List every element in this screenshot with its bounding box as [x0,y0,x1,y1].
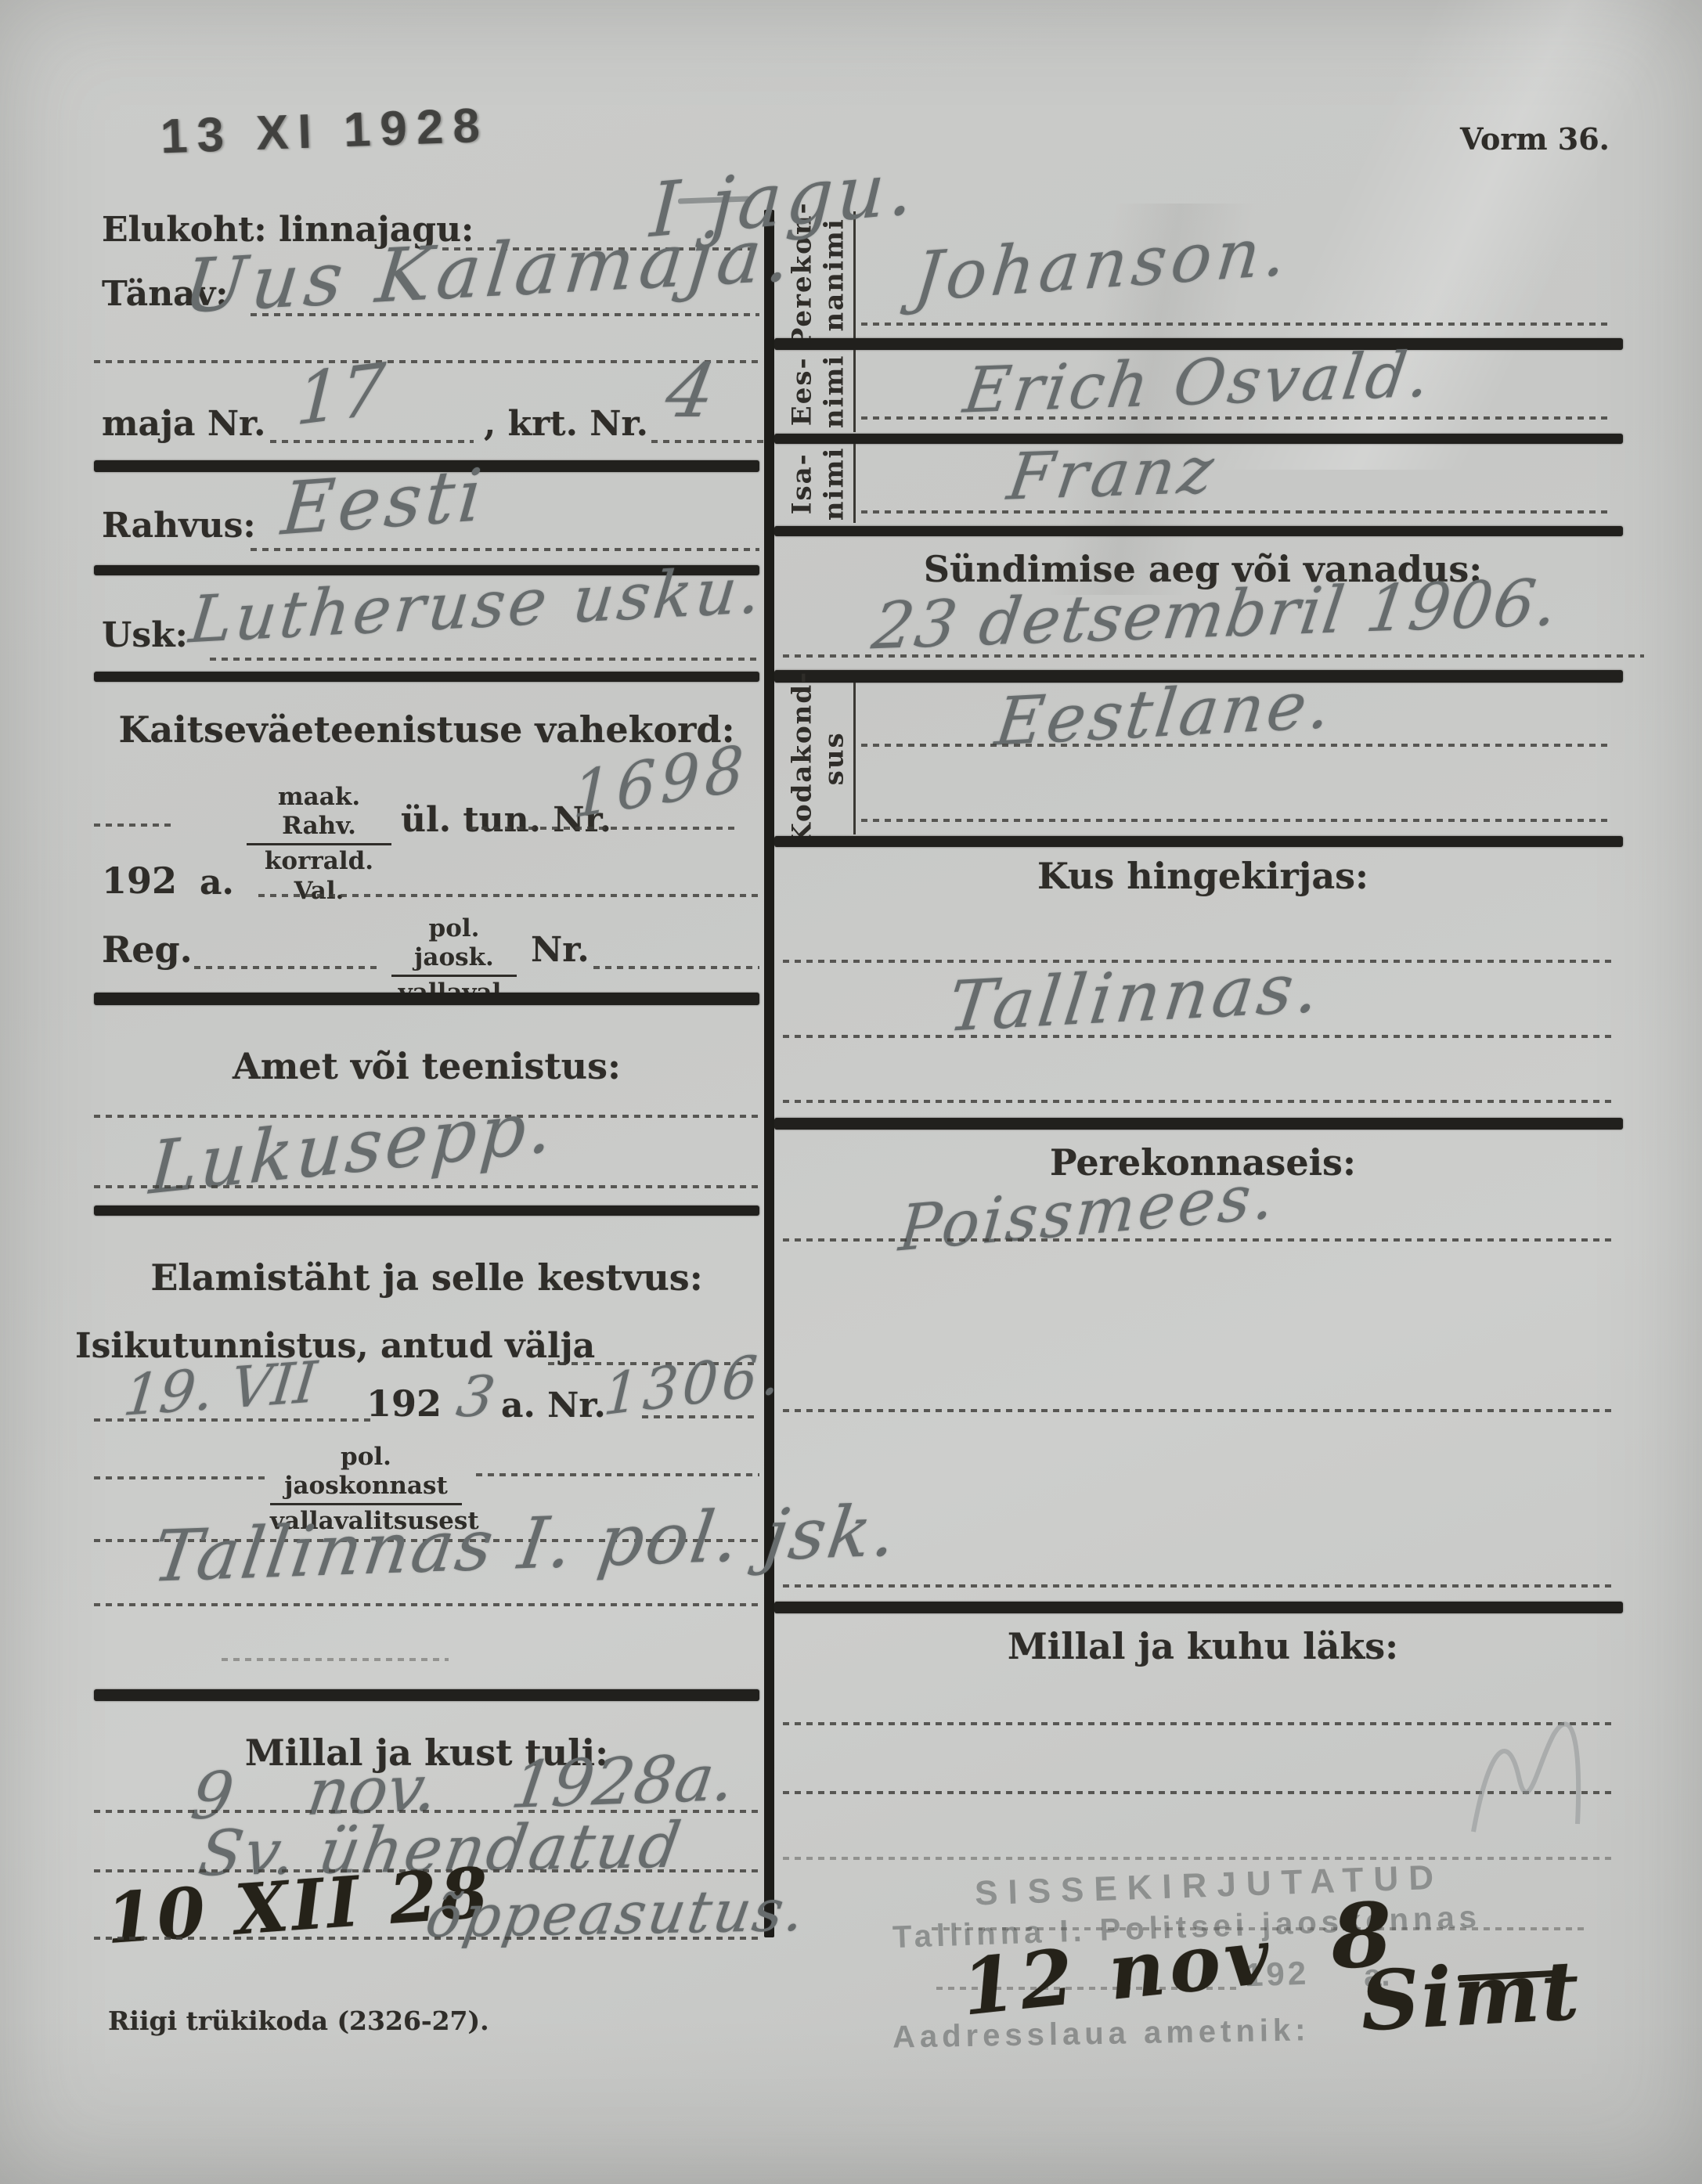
fraction-top: pol. jaoskonnast [270,1443,462,1505]
reg-nr-label: Nr. [531,930,590,970]
apartment-nr-label: , krt. Nr. [484,404,648,444]
dotted-line [783,1100,1617,1103]
religion-label: Usk: [102,615,188,655]
horizontal-rule [94,993,759,1005]
residence-permit-heading: Elamistäht ja selle kestvus: [94,1256,759,1299]
dotted-line [94,1603,759,1606]
label-strip-divider [853,350,856,432]
dotted-line [861,323,1613,326]
dotted-line [783,654,1644,658]
dotted-line [783,1857,1613,1860]
citizenship-row-label: Kodakond- sus [783,683,853,834]
dotted-line [783,1409,1617,1412]
id-year-print: 192 [366,1382,442,1425]
dotted-line [258,894,759,897]
surname-handwriting: Johanson. [910,212,1294,318]
date-received-stamp: 13 XI 1928 [160,98,490,165]
dotted-line [861,819,1613,822]
horizontal-rule [94,1689,759,1701]
dotted-line [251,548,759,551]
occupation-heading: Amet või teenistus: [94,1045,759,1087]
dotted-line [861,416,1613,420]
parish-heading: Kus hingekirjas: [783,855,1623,897]
dotted-line [651,440,769,443]
id-year-digit-handwriting: 3 [453,1364,500,1429]
nationality-handwriting: Eesti [279,452,489,551]
horizontal-rule [774,526,1623,536]
dotted-line [94,824,172,827]
dotted-line [783,1035,1617,1038]
clerk-signature-handwriting: Simt [1358,1942,1583,2050]
fraction-top: maak. Rahv. [247,783,391,845]
scanned-form-page: 13 XI 1928 Vorm 36. Elukoht: linnajagu: … [0,0,1702,2184]
dotted-line [642,1415,759,1418]
horizontal-rule [94,1206,759,1216]
horizontal-rule [94,672,759,682]
house-nr-handwriting: 17 [294,348,388,441]
occupation-handwriting: Lukusepp. [147,1083,558,1211]
dotted-line [94,1937,759,1940]
dotted-line [94,1185,759,1188]
horizontal-rule [774,836,1623,847]
printer-note: Riigi trükikoda (2326-27). [108,2006,489,2036]
father-name-handwriting: Franz [1003,433,1221,515]
fraction-top: pol. jaosk. [391,914,517,977]
military-issuer-fraction: maak. Rahv. korrald. Val. [247,783,391,906]
column-divider [764,210,774,1937]
horizontal-rule [774,1118,1623,1130]
first-name-handwriting: Erich Osvald. [960,337,1438,427]
id-date-handwriting: 19. VII [121,1349,320,1429]
dotted-line [783,1238,1617,1242]
id-nr-label: a. Nr. [501,1386,606,1425]
dashed-line [94,360,759,363]
nationality-label: Rahvus: [102,506,256,546]
permit-issued-at-handwriting: Tallinnas I. pol. jsk. [148,1490,903,1598]
dotted-line [861,744,1613,747]
arrival-institution-handwriting: õppeasutus. [421,1877,811,1952]
dotted-line [210,658,759,661]
dotted-line [94,1476,266,1479]
horizontal-rule [774,1602,1623,1613]
dotted-line [222,1658,449,1661]
military-year-label: 192 [102,860,177,902]
dotted-line [783,1584,1617,1588]
label-strip-divider [853,444,856,523]
dotted-line [94,1418,376,1422]
father-name-row-label: Isa- nimi [783,444,853,523]
dotted-line [476,1473,759,1476]
label-strip-divider [853,683,856,834]
dotted-line [593,966,759,969]
reg-label: Reg. [102,928,193,971]
house-nr-label: maja Nr. [102,404,266,444]
dotted-line [194,966,378,969]
dotted-line [861,510,1613,514]
military-year-suffix: a. [200,863,234,903]
first-name-row-label: Ees- nimi [783,350,853,432]
pencil-scribble [1464,1706,1644,1847]
departure-heading: Millal ja kuhu läks: [783,1625,1623,1667]
form-code: Vorm 36. [1460,121,1610,157]
